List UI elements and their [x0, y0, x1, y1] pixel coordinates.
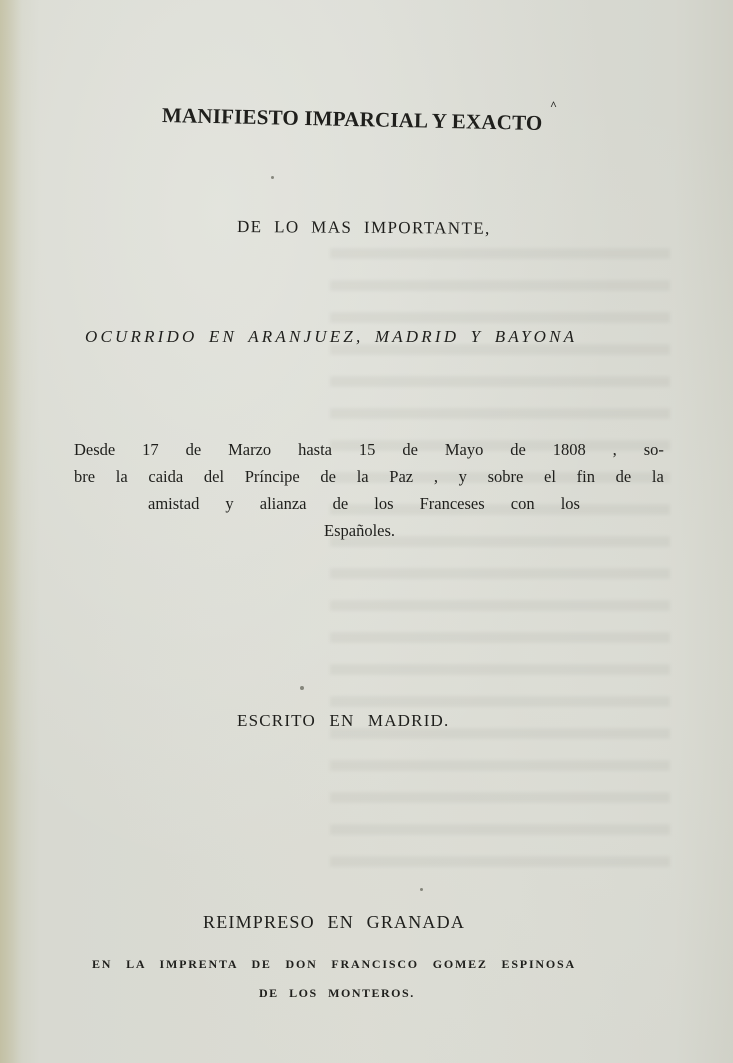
word: del [204, 463, 224, 490]
word: alianza [260, 490, 307, 517]
description-line-2: bre la caida del Príncipe de la Paz , y … [74, 463, 664, 490]
word: los [561, 490, 580, 517]
place-of-writing: ESCRITO EN MADRID. [237, 711, 450, 731]
ink-speck [271, 176, 274, 179]
word: la [652, 463, 664, 490]
word: Mayo [445, 436, 484, 463]
word: de [186, 436, 202, 463]
word: la [116, 463, 128, 490]
word: los [374, 490, 393, 517]
word: bre [74, 463, 95, 490]
word: so- [644, 436, 664, 463]
word: 15 [359, 436, 376, 463]
word: amistad [148, 490, 199, 517]
word: Franceses [420, 490, 485, 517]
word: con [511, 490, 535, 517]
word: sobre [488, 463, 524, 490]
word: 1808 [553, 436, 586, 463]
word: de [510, 436, 526, 463]
word: de [402, 436, 418, 463]
reprint-location: REIMPRESO EN GRANADA [203, 912, 465, 933]
ink-speck [300, 686, 304, 690]
word: hasta [298, 436, 332, 463]
word: de [616, 463, 632, 490]
word: 17 [142, 436, 159, 463]
binding-gutter-stain [0, 0, 22, 1063]
subtitle-importance: DE LO MAS IMPORTANTE, [237, 217, 491, 239]
word: Españoles. [324, 521, 395, 540]
description-line-1: Desde 17 de Marzo hasta 15 de Mayo de 18… [74, 436, 664, 463]
word: de [320, 463, 336, 490]
document-title: MANIFIESTO IMPARCIAL Y EXACTO [162, 103, 543, 136]
word: Marzo [228, 436, 271, 463]
title-accent-mark: ^ [550, 98, 557, 113]
word: caida [148, 463, 183, 490]
word: Príncipe [245, 463, 300, 490]
word: la [357, 463, 369, 490]
word: , [613, 436, 617, 463]
word: de [333, 490, 349, 517]
word: Desde [74, 436, 115, 463]
word: el [544, 463, 556, 490]
word: y [225, 490, 233, 517]
printer-line-1: EN LA IMPRENTA DE DON FRANCISCO GOMEZ ES… [92, 957, 576, 972]
title-page: MANIFIESTO IMPARCIAL Y EXACTO ^ DE LO MA… [0, 0, 733, 1063]
description-line-4: Españoles. [324, 517, 664, 544]
word: , [434, 463, 438, 490]
word: fin [577, 463, 595, 490]
printer-line-2: DE LOS MONTEROS. [259, 986, 415, 1001]
description-line-3: amistad y alianza de los Franceses con l… [148, 490, 580, 517]
subtitle-locations: OCURRIDO EN ARANJUEZ, MADRID Y BAYONA [85, 327, 577, 347]
ink-speck [420, 888, 423, 891]
bleed-through-text [330, 230, 670, 870]
word: y [459, 463, 467, 490]
description-paragraph: Desde 17 de Marzo hasta 15 de Mayo de 18… [74, 436, 664, 544]
word: Paz [389, 463, 413, 490]
